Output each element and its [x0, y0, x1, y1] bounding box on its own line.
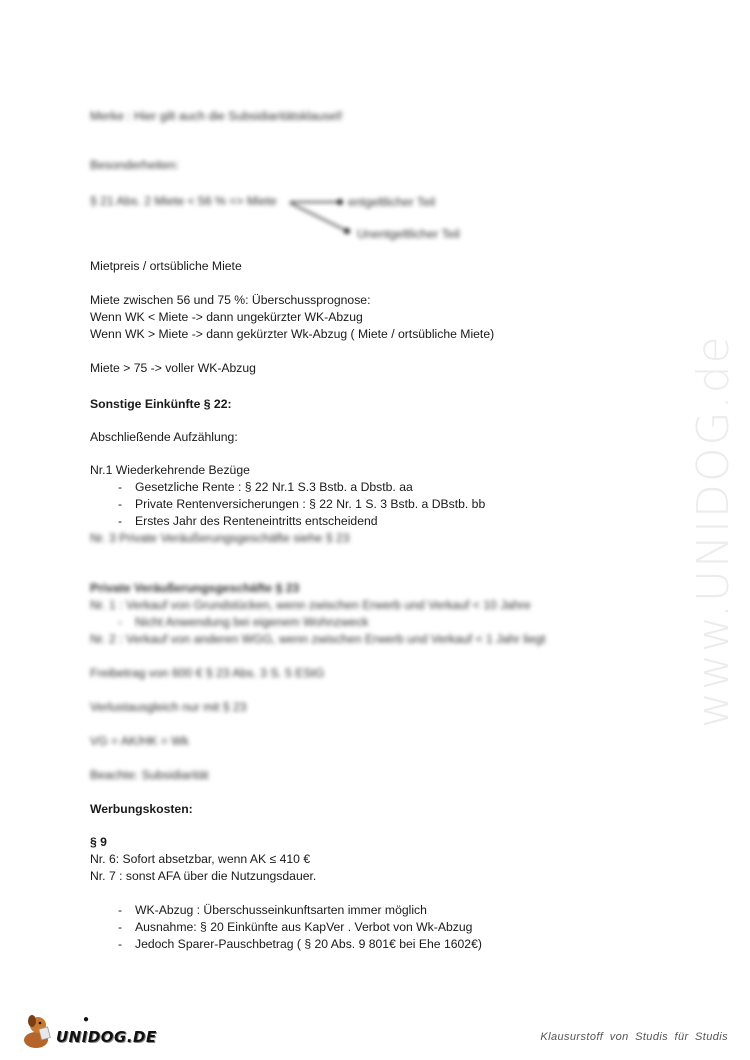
blurred-23-heading: Private Veräußerungsgeschäfte § 23 [90, 580, 299, 596]
blurred-23-beachte: Beachte: Subsidiarität [90, 767, 209, 783]
bullet-marker: - [118, 936, 122, 952]
bullet-marker: - [118, 513, 122, 529]
werbungskosten-bullet-3: Jedoch Sparer-Pauschbetrag ( § 20 Abs. 9… [135, 936, 482, 952]
sonstige-bullet-1: Gesetzliche Rente : § 22 Nr.1 S.3 Bstb. … [135, 479, 413, 495]
sonstige-nr1: Nr.1 Wiederkehrende Bezüge [90, 462, 250, 478]
bullet-marker: - [118, 479, 122, 495]
document-page: Merke : Hier gilt auch die Subsidiarität… [0, 0, 750, 1060]
blurred-23-freibetrag: Freibetrag von 600 € § 23 Abs. 3 S. 5 ES… [90, 665, 324, 681]
watermark: www.UNIDOG.de [688, 334, 739, 728]
footer-tagline: Klausurstoff von Studis für Studis [540, 1031, 728, 1043]
branch-arrows-icon [0, 0, 750, 260]
miete-line-4: Wenn WK > Miete -> dann gekürzter Wk-Abz… [90, 326, 494, 342]
logo-text: UNIDOG.DE [56, 1028, 157, 1046]
werbungskosten-bullet-2: Ausnahme: § 20 Einkünfte aus KapVer . Ve… [135, 919, 472, 935]
werbungskosten-paragraph: § 9 [90, 834, 107, 850]
bullet-marker: - [118, 614, 122, 630]
blurred-23-nr1: Nr. 1 : Verkauf von Grundstücken, wenn z… [90, 597, 531, 613]
werbungskosten-nr6: Nr. 6: Sofort absetzbar, wenn AK ≤ 410 € [90, 851, 310, 867]
branch-bottom-label: Unentgeltlicher Teil [357, 226, 460, 242]
miete-line-5: Miete > 75 -> voller WK-Abzug [90, 360, 256, 376]
miete-line-2: Miete zwischen 56 und 75 %: Überschusspr… [90, 292, 370, 308]
werbungskosten-heading: Werbungskosten: [90, 801, 193, 817]
blurred-23-formula: VG = AK/HK = Wk [90, 733, 189, 749]
werbungskosten-nr7: Nr. 7 : sonst AFA über die Nutzungsdauer… [90, 868, 316, 884]
paw-icon: ● [83, 1014, 89, 1025]
sonstige-intro: Abschließende Aufzählung: [90, 429, 238, 445]
blurred-23-nr2: Nr. 2 : Verkauf von anderen WGG, wenn zw… [90, 631, 546, 647]
sonstige-heading: Sonstige Einkünfte § 22: [90, 396, 232, 412]
blurred-23-nr1-bullet: Nicht Anwendung bei eigenem Wohnzweck [135, 614, 369, 630]
sonstige-nr3-blurred: Nr. 3 Private Veräußerungsgeschäfte sieh… [90, 530, 349, 546]
sonstige-bullet-2: Private Rentenversicherungen : § 22 Nr. … [135, 496, 485, 512]
blurred-23-verlust: Verlustausgleich nur mit § 23 [90, 699, 247, 715]
bullet-marker: - [118, 496, 122, 512]
sonstige-bullet-3: Erstes Jahr des Renteneintritts entschei… [135, 513, 378, 529]
miete-line-1: Mietpreis / ortsübliche Miete [90, 258, 242, 274]
unidog-logo[interactable]: ● UNIDOG.DE [18, 1012, 158, 1050]
miete-line-3: Wenn WK < Miete -> dann ungekürzter WK-A… [90, 309, 363, 325]
dog-mascot-icon [18, 1012, 58, 1050]
werbungskosten-bullet-1: WK-Abzug : Überschusseinkunftsarten imme… [135, 902, 427, 918]
branch-top-label: entgeltlicher Teil [348, 194, 435, 210]
bullet-marker: - [118, 919, 122, 935]
bullet-marker: - [118, 902, 122, 918]
